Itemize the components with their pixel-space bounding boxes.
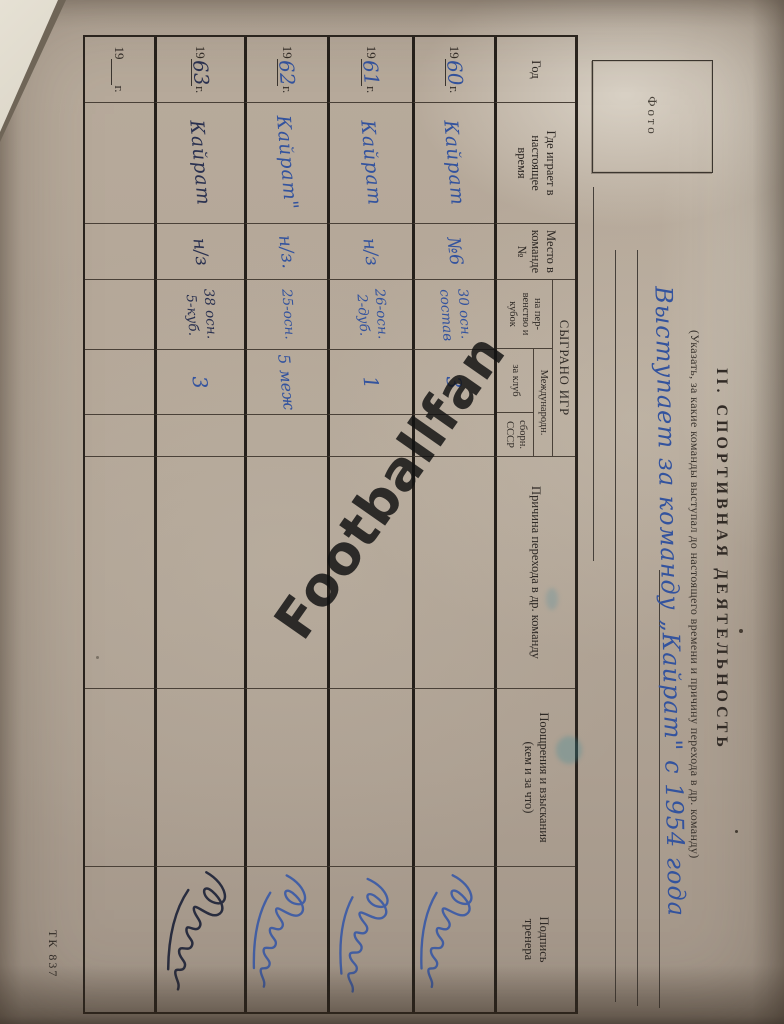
championship-games-cell bbox=[85, 280, 154, 350]
transfer-reason-cell bbox=[154, 457, 244, 689]
place-cell: №6 bbox=[412, 224, 494, 280]
photo-box: Фото bbox=[592, 60, 713, 173]
rewards-cell bbox=[327, 689, 412, 867]
coach-signature bbox=[138, 857, 252, 1009]
year-cell: 1962г. bbox=[244, 37, 327, 103]
championship-games-cell: 38 осн. 5-куб. bbox=[154, 280, 244, 350]
year-cell: 1961г. bbox=[327, 37, 412, 103]
ruled-line bbox=[615, 250, 616, 1002]
club-intl-games-cell bbox=[85, 350, 154, 415]
ussr-intl-games-cell bbox=[154, 415, 244, 457]
team-cell: Кайрат bbox=[327, 103, 412, 224]
place-cell bbox=[85, 224, 154, 280]
coach-signature bbox=[315, 867, 412, 1007]
team-cell: Кайрат bbox=[412, 103, 494, 224]
championship-games-cell: 25-осн. bbox=[244, 280, 327, 350]
rewards-cell bbox=[244, 689, 327, 867]
transfer-reason-cell bbox=[244, 457, 327, 689]
ruled-line bbox=[593, 187, 594, 561]
rewards-cell bbox=[412, 689, 494, 867]
transfer-reason-cell bbox=[327, 457, 412, 689]
championship-games-cell: 26-осн. 2-дуб. bbox=[327, 280, 412, 350]
rewards-cell bbox=[85, 689, 154, 867]
team-cell: Кайрат" bbox=[244, 103, 327, 224]
place-cell: н/з. bbox=[244, 224, 327, 280]
transfer-reason-cell bbox=[85, 457, 154, 689]
ussr-intl-games-cell bbox=[85, 415, 154, 457]
ussr-intl-games-cell bbox=[327, 415, 412, 457]
ussr-intl-games-cell bbox=[244, 415, 327, 457]
transfer-reason-cell bbox=[412, 457, 494, 689]
signature-cell bbox=[154, 867, 244, 1012]
ruled-line bbox=[637, 250, 638, 1006]
col-header-team: Где играет в настоящее время bbox=[494, 103, 575, 224]
col-header-transfer-reason: Причина перехода в др. команду bbox=[494, 457, 575, 689]
year-cell: 19г. bbox=[85, 37, 154, 103]
col-header-championship-cup: на пер-венство и кубок bbox=[497, 280, 552, 349]
signature-cell bbox=[85, 867, 154, 1012]
section-title: II. СПОРТИВНАЯ ДЕЯТЕЛЬНОСТЬ bbox=[712, 368, 730, 751]
place-cell: н/з bbox=[154, 224, 244, 280]
sports-activity-table: Год Где играет в настоящее время Место в… bbox=[83, 35, 578, 1014]
handwritten-team-note: Выступает за команду „Кайрат" с 1954 год… bbox=[649, 286, 690, 917]
scanned-sports-card: II. СПОРТИВНАЯ ДЕЯТЕЛЬНОСТЬ (Указать, за… bbox=[0, 0, 784, 1024]
signature-cell bbox=[327, 867, 412, 1012]
club-intl-games-cell: 5 меж bbox=[244, 350, 327, 415]
signature-cell bbox=[412, 867, 494, 1012]
signature-cell bbox=[244, 867, 327, 1012]
ussr-intl-games-cell bbox=[412, 415, 494, 457]
col-header-games-group: СЫГРАНО ИГР на пер-венство и кубок Между… bbox=[494, 280, 575, 457]
club-intl-games-cell: 1 bbox=[327, 350, 412, 415]
col-header-place: Место в команде № bbox=[494, 224, 575, 280]
games-group-label: СЫГРАНО ИГР bbox=[552, 280, 575, 456]
year-cell: 1960г. bbox=[412, 37, 494, 103]
team-cell bbox=[85, 103, 154, 224]
col-header-coach-signature: Подпись тренера bbox=[494, 867, 575, 1012]
col-header-for-club: за клуб bbox=[497, 349, 533, 413]
club-intl-games-cell: 3 bbox=[412, 350, 494, 415]
club-intl-games-cell: 3 bbox=[154, 350, 244, 415]
rewards-cell bbox=[154, 689, 244, 867]
place-cell: н/з bbox=[327, 224, 412, 280]
col-header-year: Год bbox=[494, 37, 575, 103]
col-header-international: Международн. bbox=[533, 349, 552, 456]
championship-games-cell: 30 осн. состав bbox=[412, 280, 494, 350]
form-code: ТК 837 bbox=[45, 930, 60, 978]
team-cell: Кайрат bbox=[154, 103, 244, 224]
year-cell: 1963г. bbox=[154, 37, 244, 103]
col-header-rewards: Поощрения и взыскания (кем и за что) bbox=[494, 689, 575, 867]
col-header-ussr-national: сборн. СССР bbox=[497, 413, 533, 456]
photo-label: Фото bbox=[645, 96, 661, 137]
